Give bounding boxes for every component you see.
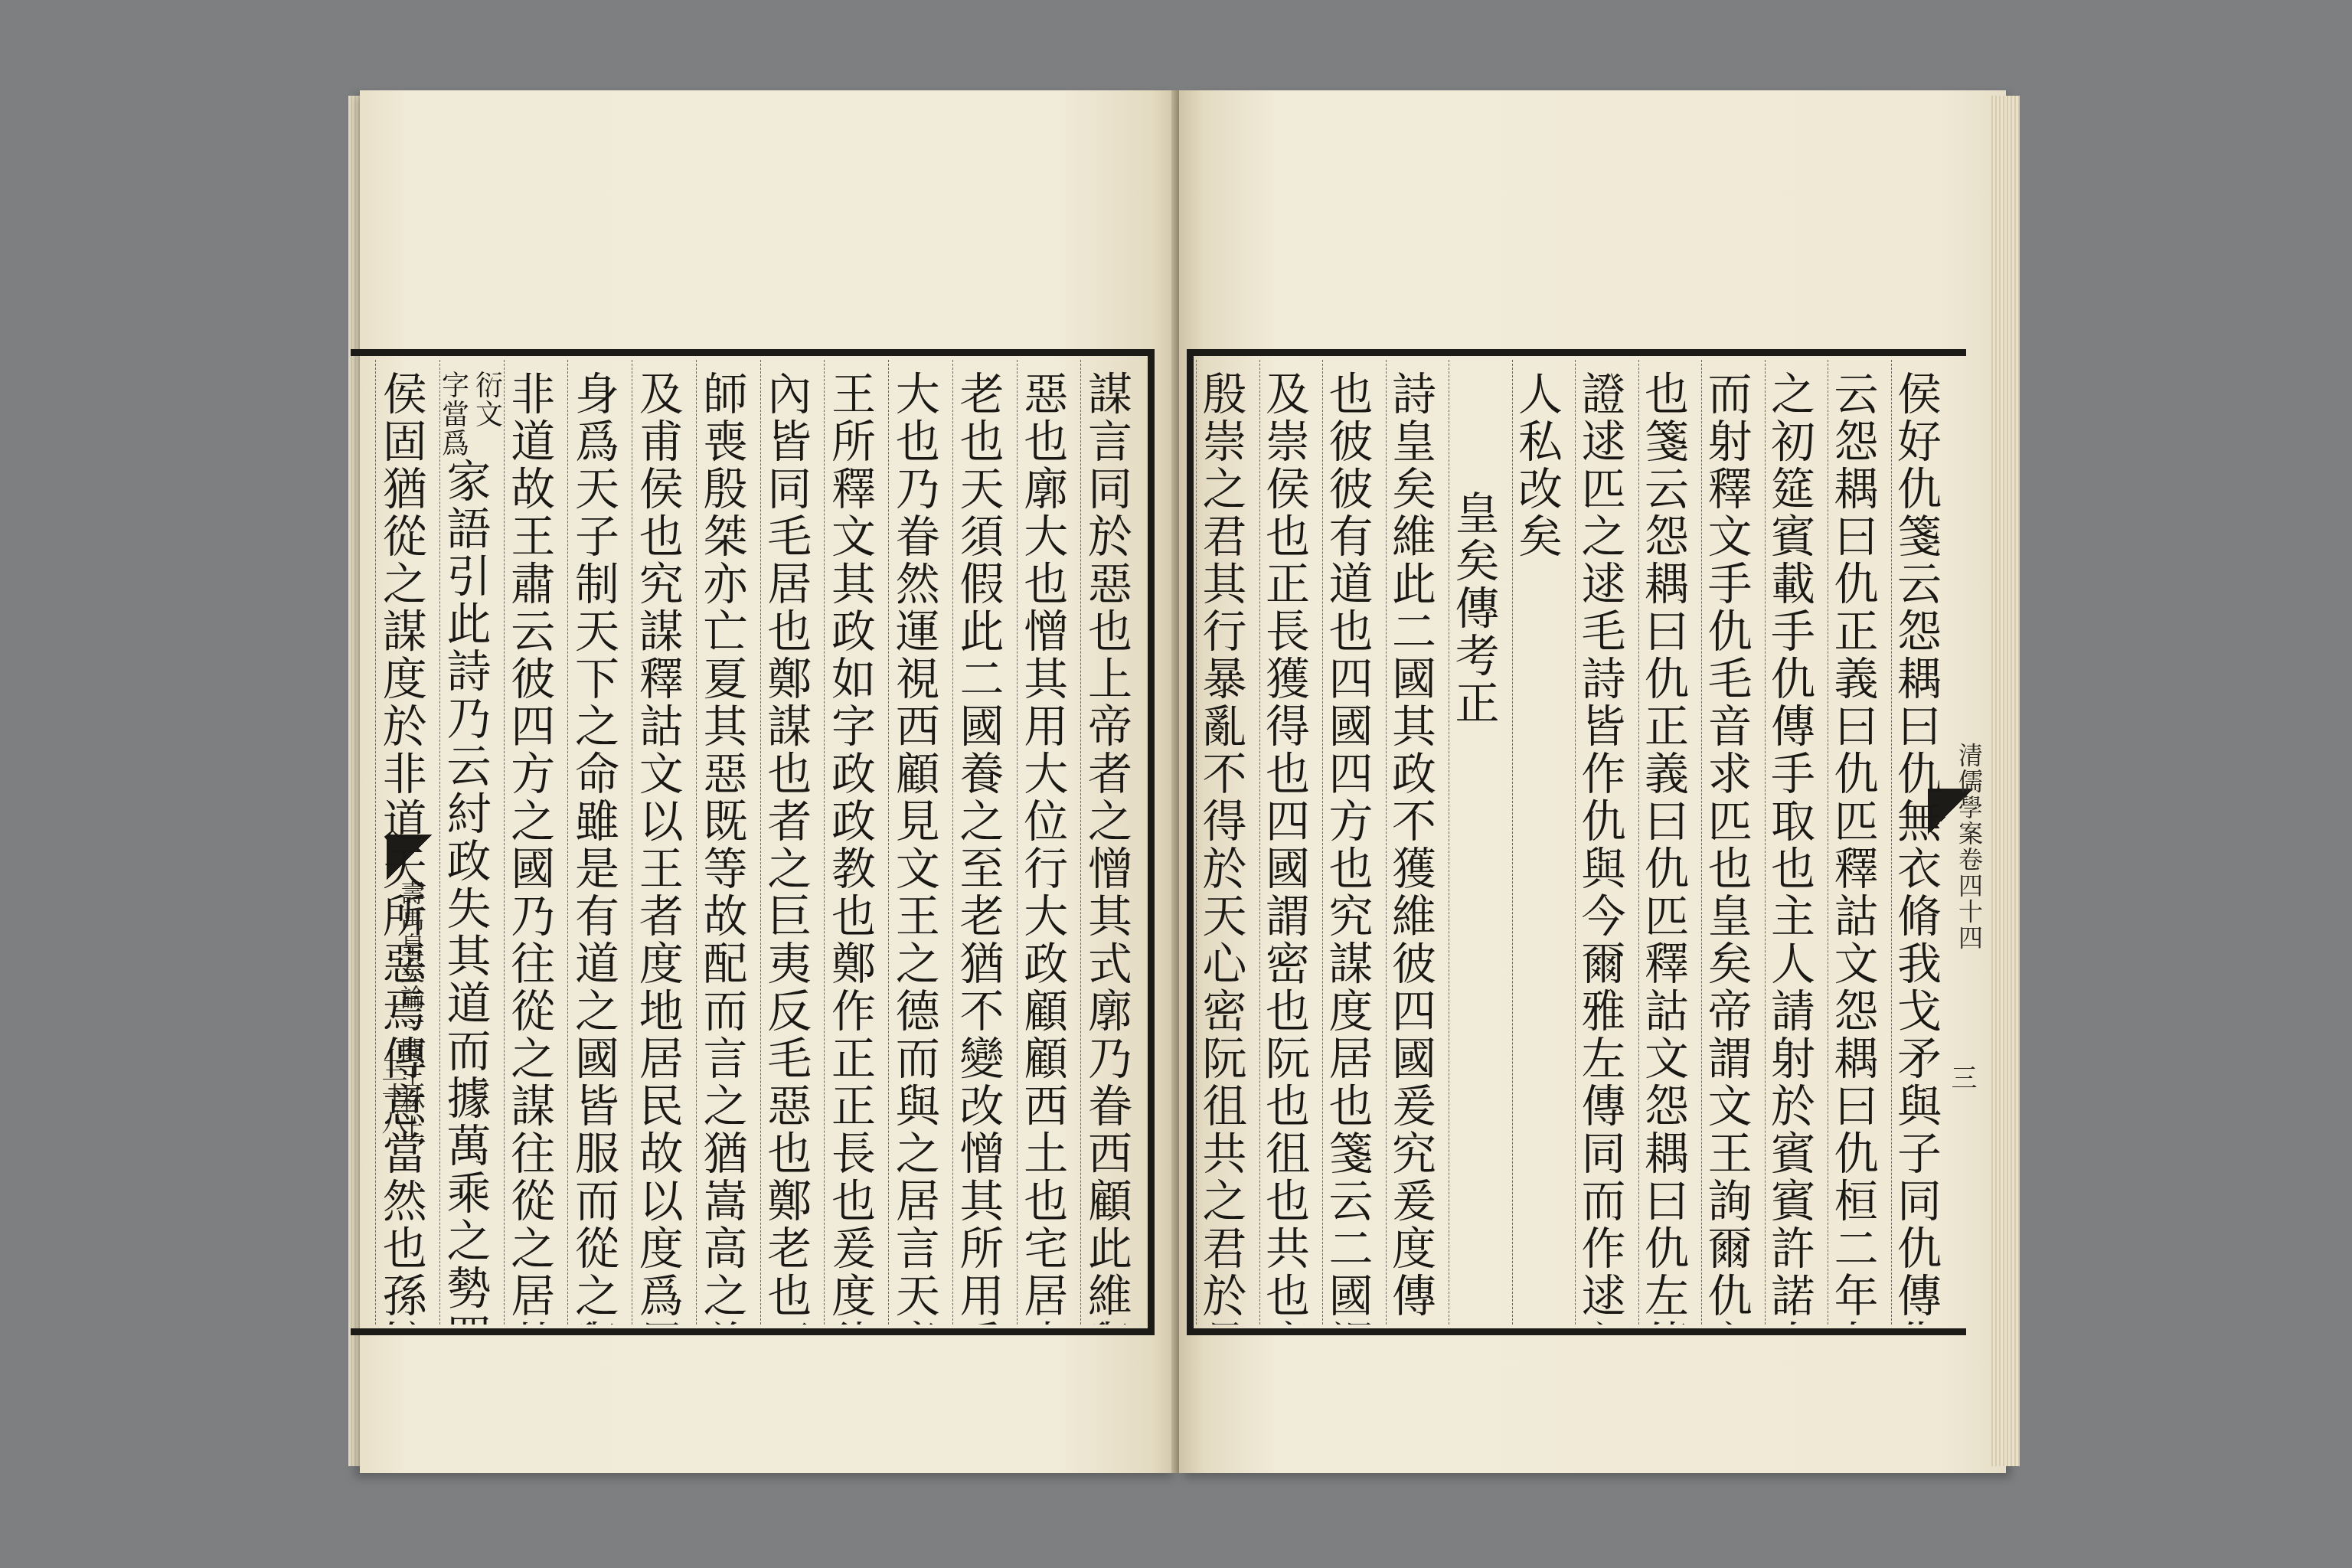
text-column: 及甫侯也究謀釋詁文以王者度地居民故以度爲居也桀紂 <box>632 360 696 1325</box>
text-column: 字當爲 衍文 家語引此詩乃云紂政失其道而據萬乘之勢四方諸 <box>439 360 504 1325</box>
text-column: 證逑匹之逑毛詩皆作仇與今爾雅左傳同而作逑之爲出後 <box>1575 360 1638 1325</box>
interlinear-note-line: 衍文 <box>470 371 504 458</box>
text-column: 身爲天子制天下之命雖是有道之國皆服而從之與之謀爲 <box>567 360 632 1325</box>
text-column: 大也乃眷然運視西顧見文王之德而與之居言天意常在文 <box>888 360 952 1325</box>
text-column: 謀言同於惡也上帝者之憎其式廓乃眷西顧此維與宅傳者 <box>1080 360 1145 1325</box>
column-main-text: 家語引此詩乃云紂政失其道而據萬乘之勢四方諸 <box>439 458 492 1325</box>
text-column: 之初筵賓載手仇傳手取也主人請射於賓賓許諾自取其匹 <box>1765 360 1828 1325</box>
text-column: 侯固猶從之謀度於非道天所惡焉傳意當然也孫毓云天觀 <box>375 360 439 1325</box>
text-column: 非道故王肅云彼四方之國乃往從之謀往從之居其秦亡此三 <box>504 360 568 1325</box>
right-page-text-columns: 侯好仇箋云怨耦曰仇無衣脩我戈矛與子同仇傳仇匹也箋 云怨耦曰仇正義曰仇匹釋詁文怨耦… <box>1196 360 1954 1325</box>
text-column: 王所釋文其政如字政政教也鄭作正正長也爰度待若反篇 <box>824 360 888 1325</box>
interlinear-note-line: 字當爲 <box>439 371 470 458</box>
text-column: 殷崇之君其行暴亂不得於天心密阮徂共之君於是又助之 <box>1196 360 1259 1325</box>
text-column: 云怨耦曰仇正義曰仇匹釋詁文怨耦曰仇桓二年左傳文賓 <box>1828 360 1891 1325</box>
text-column: 師喪殷桀亦亡夏其惡既等故配而言之猶嵩高之美申伯而 <box>696 360 760 1325</box>
text-column: 惡也廓大也憎其用大位行大政顧顧西土也宅居也箋云者 <box>1017 360 1081 1325</box>
text-column: 詩皇矣維此二國其政不獲維彼四國爰究爰度傳二國殷夏 <box>1386 360 1449 1325</box>
text-column: 侯好仇箋云怨耦曰仇無衣脩我戈矛與子同仇傳仇匹也箋 <box>1891 360 1955 1325</box>
section-title-column: 皇矣傳考正 <box>1449 360 1512 1325</box>
text-column: 及崇侯也正長獲得也四國謂密也阮也徂也共也度亦謀也 <box>1259 360 1323 1325</box>
column-main-text: 非道故王肅云彼四方之國乃往從之謀往從之居其秦亡 <box>504 371 556 1325</box>
right-page-edge-stack <box>1989 96 2020 1466</box>
text-column: 也箋云怨耦曰仇正義曰仇匹釋詁文怨耦曰仇左傳文是可 <box>1638 360 1702 1325</box>
text-column: 也彼彼有道也四國四方也究謀度居也箋云二國謂今殷紂 <box>1322 360 1386 1325</box>
text-column: 老也天須假此二國養之至老猶不變改憎其所用爲惡者浸 <box>952 360 1017 1325</box>
text-column: 人私改矣 <box>1512 360 1576 1325</box>
text-column: 內皆同毛居也鄭謀也者之巨夷反毛惡也鄭老也正義曰紂 <box>760 360 825 1325</box>
text-column: 而射釋文手仇毛音求匹也皇矣帝謂文王詢爾仇方傳仇匹 <box>1701 360 1765 1325</box>
left-page-text-columns: 謀言同於惡也上帝者之憎其式廓乃眷西顧此維與宅傳者 惡也廓大也憎其用大位行大政顧顧… <box>375 360 1145 1325</box>
interlinear-note-pair: 字當爲 衍文 <box>439 371 504 458</box>
